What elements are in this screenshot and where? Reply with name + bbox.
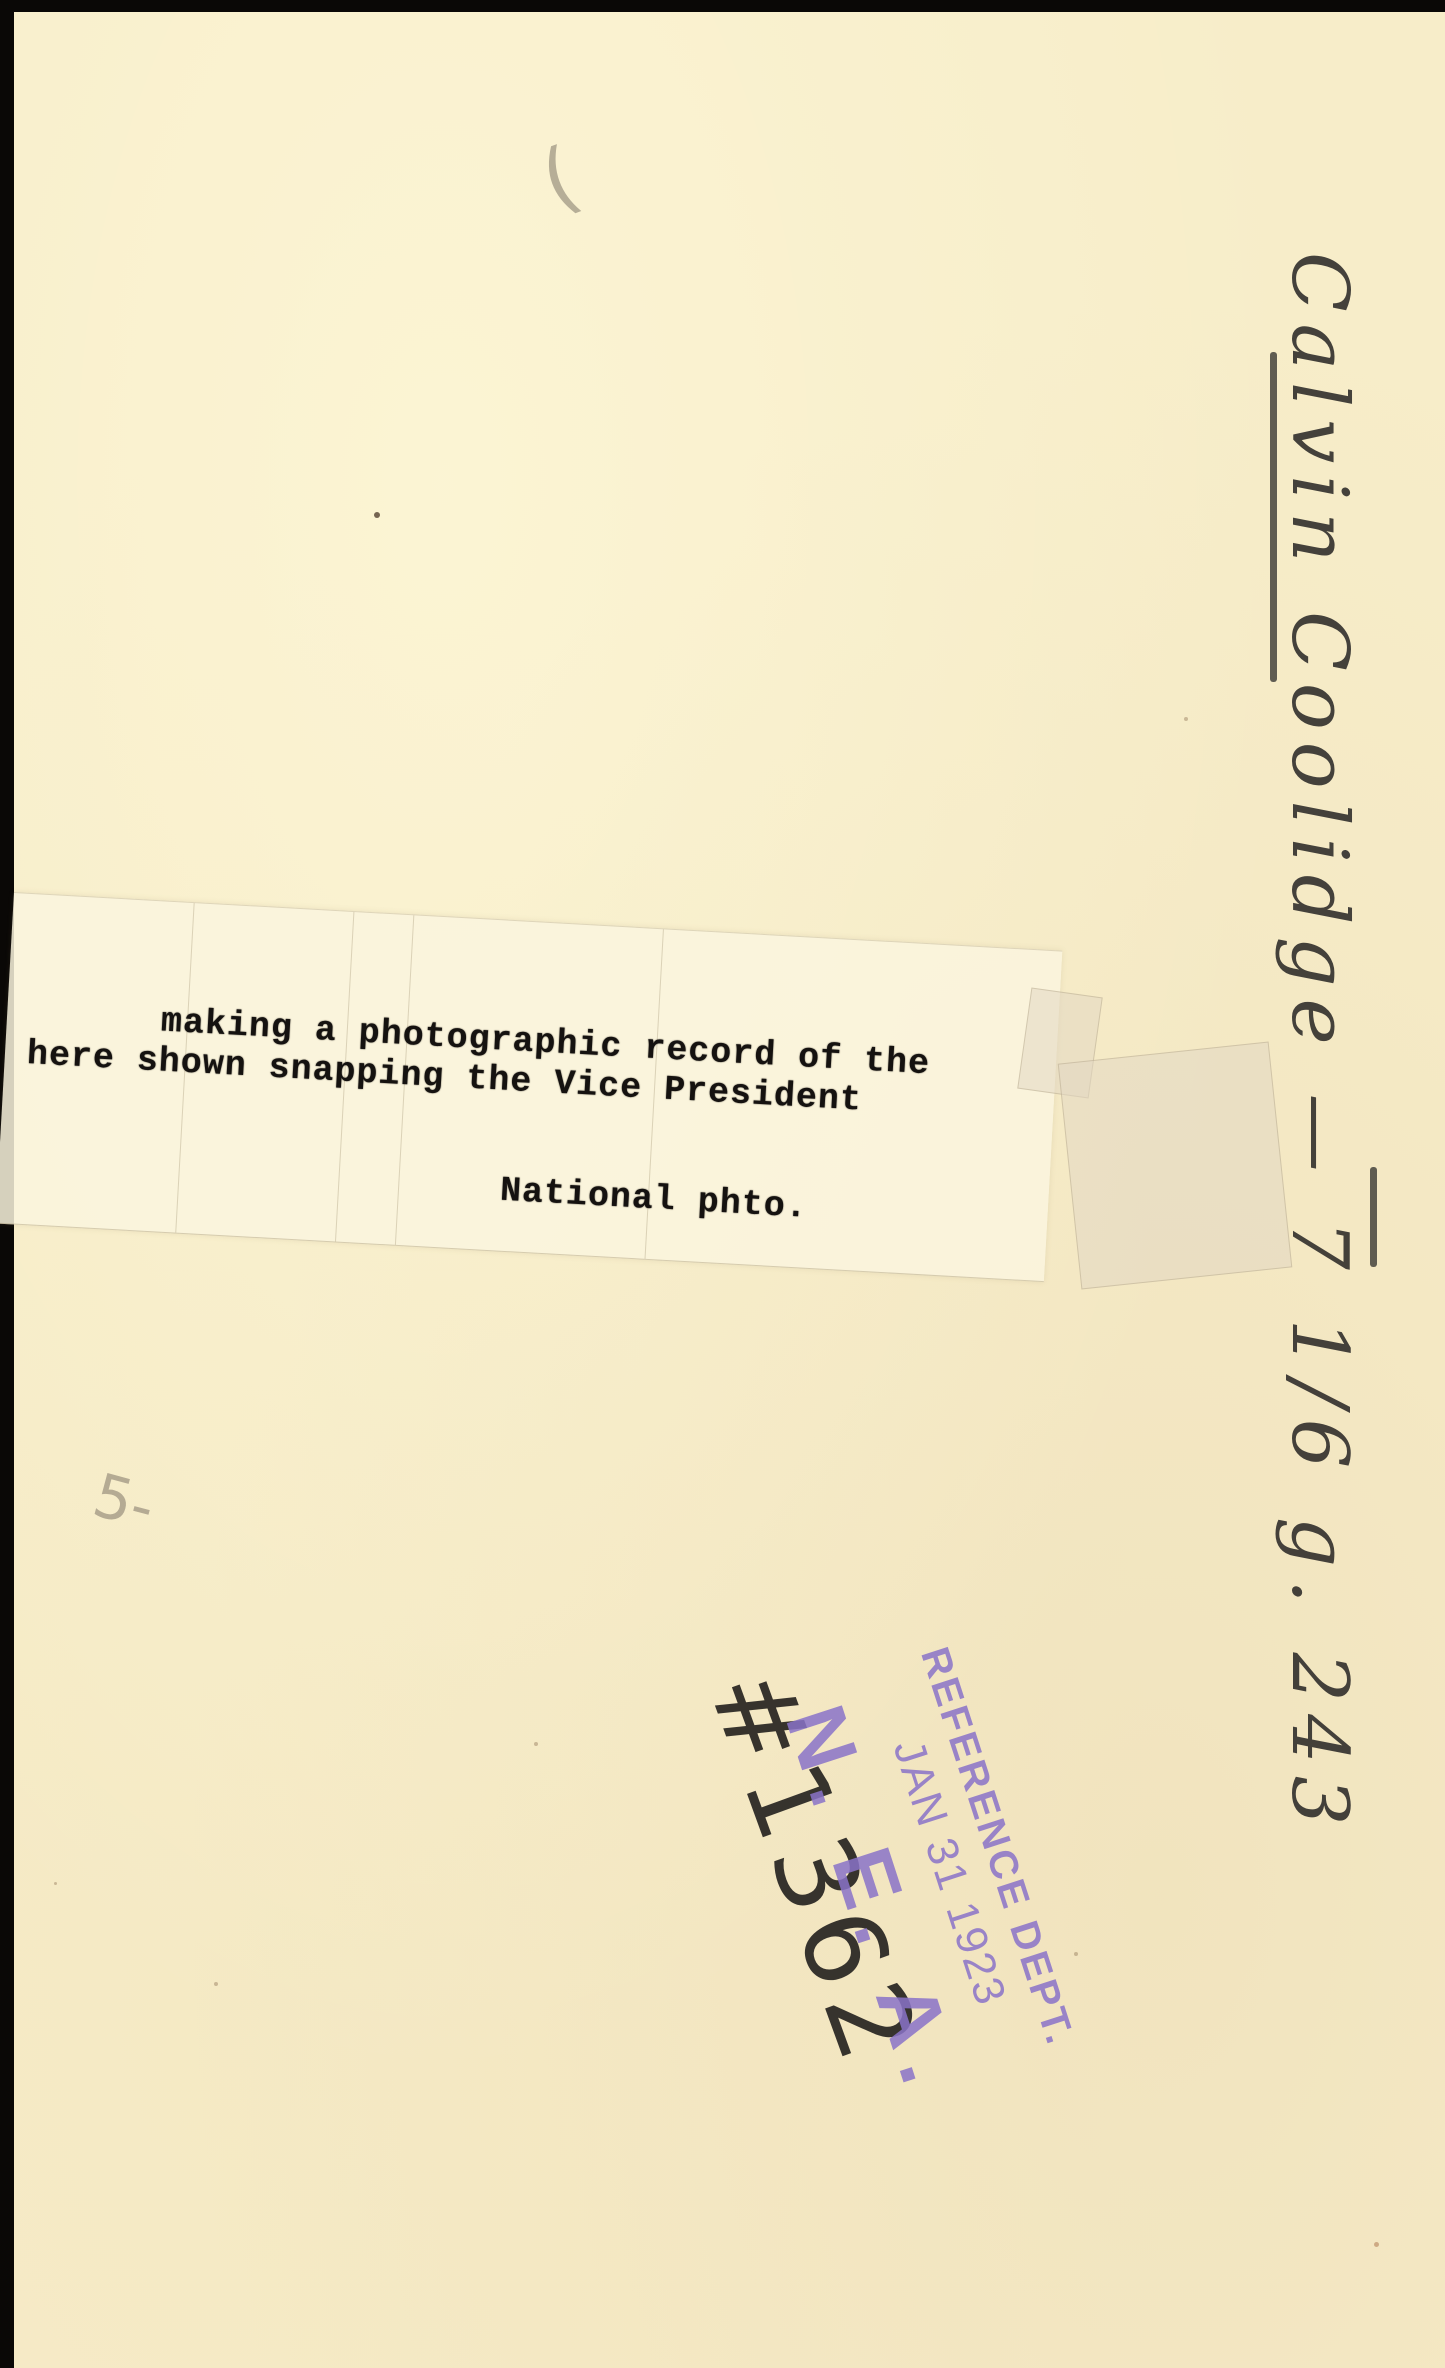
foxing-speck	[1374, 2242, 1379, 2247]
foxing-speck	[1184, 717, 1188, 721]
foxing-speck	[214, 1982, 218, 1986]
pencil-rule-lower	[1370, 1167, 1377, 1267]
photo-credit: National phto.	[499, 1171, 923, 1235]
foxing-speck	[1074, 1952, 1078, 1956]
foxing-speck	[534, 1742, 538, 1746]
typed-caption-text: making a photographic record of the here…	[15, 954, 933, 1314]
foxing-speck	[54, 1882, 57, 1885]
photo-back-paper: ( 5- making a photographic record of the…	[14, 12, 1445, 2368]
faint-pencil-mark-top: (	[529, 129, 590, 227]
margin-mark-5: 5-	[86, 1460, 162, 1543]
foxing-speck	[374, 512, 380, 518]
handwritten-subject-name: Calvin Coolidge — 7 1/6 g. 243	[1274, 252, 1364, 1837]
typed-caption-slip: making a photographic record of the here…	[0, 892, 1062, 1282]
tape-piece	[1058, 1042, 1293, 1290]
